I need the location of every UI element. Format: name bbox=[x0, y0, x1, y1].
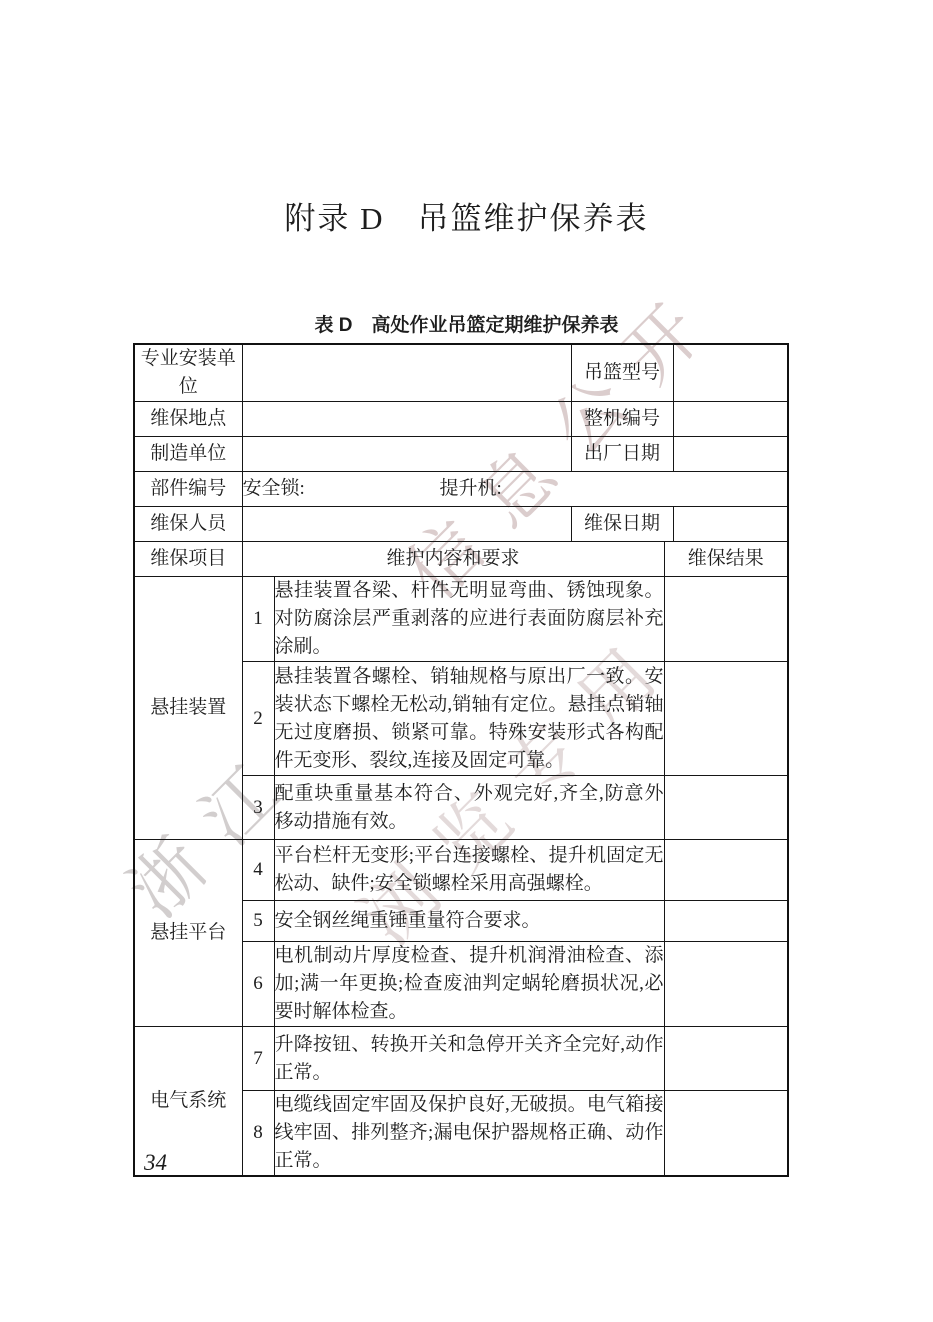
result-cell bbox=[664, 662, 788, 776]
field-value-blank bbox=[673, 507, 788, 542]
page-number: 34 bbox=[144, 1150, 167, 1176]
field-value-blank bbox=[673, 344, 788, 402]
item-number: 6 bbox=[242, 942, 274, 1027]
info-row: 专业安装单位 吊篮型号 bbox=[134, 344, 788, 402]
item-row: 悬挂平台 4 平台栏杆无变形;平台连接螺栓、提升机固定无松动、缺件;安全锁螺栓采… bbox=[134, 840, 788, 901]
result-cell bbox=[664, 577, 788, 662]
item-number: 2 bbox=[242, 662, 274, 776]
column-header-result: 维保结果 bbox=[664, 542, 788, 577]
column-header-content: 维护内容和要求 bbox=[242, 542, 664, 577]
item-text: 升降按钮、转换开关和急停开关齐全完好,动作正常。 bbox=[274, 1027, 664, 1091]
result-cell bbox=[664, 776, 788, 840]
document-page: 信息公开 浙江 浏览专用 附录 D 吊篮维护保养表 表 D 高处作业吊篮定期维护… bbox=[0, 0, 933, 1322]
column-header-row: 维保项目 维护内容和要求 维保结果 bbox=[134, 542, 788, 577]
field-value-blank bbox=[673, 437, 788, 472]
result-cell bbox=[664, 1091, 788, 1177]
category-label: 悬挂装置 bbox=[134, 577, 242, 840]
field-label: 部件编号 bbox=[134, 472, 242, 507]
info-row: 维保人员 维保日期 bbox=[134, 507, 788, 542]
info-row-parts: 部件编号 安全锁: 提升机: bbox=[134, 472, 788, 507]
result-cell bbox=[664, 942, 788, 1027]
item-number: 4 bbox=[242, 840, 274, 901]
category-label: 悬挂平台 bbox=[134, 840, 242, 1027]
safety-lock-label: 安全锁: bbox=[243, 478, 305, 499]
table-caption: 表 D 高处作业吊篮定期维护保养表 bbox=[0, 310, 933, 337]
item-number: 3 bbox=[242, 776, 274, 840]
item-text: 配重块重量基本符合、外观完好,齐全,防意外移动措施有效。 bbox=[274, 776, 664, 840]
info-row: 制造单位 出厂日期 bbox=[134, 437, 788, 472]
field-value-blank bbox=[673, 402, 788, 437]
maintenance-table: 专业安装单位 吊篮型号 维保地点 整机编号 制造单位 出厂日期 部件编号 安全锁… bbox=[133, 343, 789, 1177]
item-text: 平台栏杆无变形;平台连接螺栓、提升机固定无松动、缺件;安全锁螺栓采用高强螺栓。 bbox=[274, 840, 664, 901]
field-label: 吊篮型号 bbox=[571, 344, 673, 402]
result-cell bbox=[664, 901, 788, 942]
hoist-label: 提升机: bbox=[440, 478, 502, 499]
item-number: 8 bbox=[242, 1091, 274, 1177]
field-label: 维保地点 bbox=[134, 402, 242, 437]
field-value-blank bbox=[242, 344, 571, 402]
column-header-project: 维保项目 bbox=[134, 542, 242, 577]
field-label: 出厂日期 bbox=[571, 437, 673, 472]
item-row: 电气系统 7 升降按钮、转换开关和急停开关齐全完好,动作正常。 bbox=[134, 1027, 788, 1091]
item-text: 电机制动片厚度检查、提升机润滑油检查、添加;满一年更换;检查废油判定蜗轮磨损状况… bbox=[274, 942, 664, 1027]
item-number: 1 bbox=[242, 577, 274, 662]
item-number: 5 bbox=[242, 901, 274, 942]
item-number: 7 bbox=[242, 1027, 274, 1091]
item-text: 悬挂装置各螺栓、销轴规格与原出厂一致。安装状态下螺栓无松动,销轴有定位。悬挂点销… bbox=[274, 662, 664, 776]
result-cell bbox=[664, 1027, 788, 1091]
item-row: 悬挂装置 1 悬挂装置各梁、杆件无明显弯曲、锈蚀现象。对防腐涂层严重剥落的应进行… bbox=[134, 577, 788, 662]
item-text: 安全钢丝绳重锤重量符合要求。 bbox=[274, 901, 664, 942]
item-text: 悬挂装置各梁、杆件无明显弯曲、锈蚀现象。对防腐涂层严重剥落的应进行表面防腐层补充… bbox=[274, 577, 664, 662]
info-row: 维保地点 整机编号 bbox=[134, 402, 788, 437]
document-title: 附录 D 吊篮维护保养表 bbox=[0, 193, 933, 238]
field-value-blank bbox=[242, 507, 571, 542]
part-numbers-cell: 安全锁: 提升机: bbox=[242, 472, 788, 507]
field-label: 专业安装单位 bbox=[134, 344, 242, 402]
item-text: 电缆线固定牢固及保护良好,无破损。电气箱接线牢固、排列整齐;漏电保护器规格正确、… bbox=[274, 1091, 664, 1177]
field-label: 制造单位 bbox=[134, 437, 242, 472]
field-label: 整机编号 bbox=[571, 402, 673, 437]
field-label: 维保日期 bbox=[571, 507, 673, 542]
field-value-blank bbox=[242, 437, 571, 472]
result-cell bbox=[664, 840, 788, 901]
field-value-blank bbox=[242, 402, 571, 437]
field-label: 维保人员 bbox=[134, 507, 242, 542]
